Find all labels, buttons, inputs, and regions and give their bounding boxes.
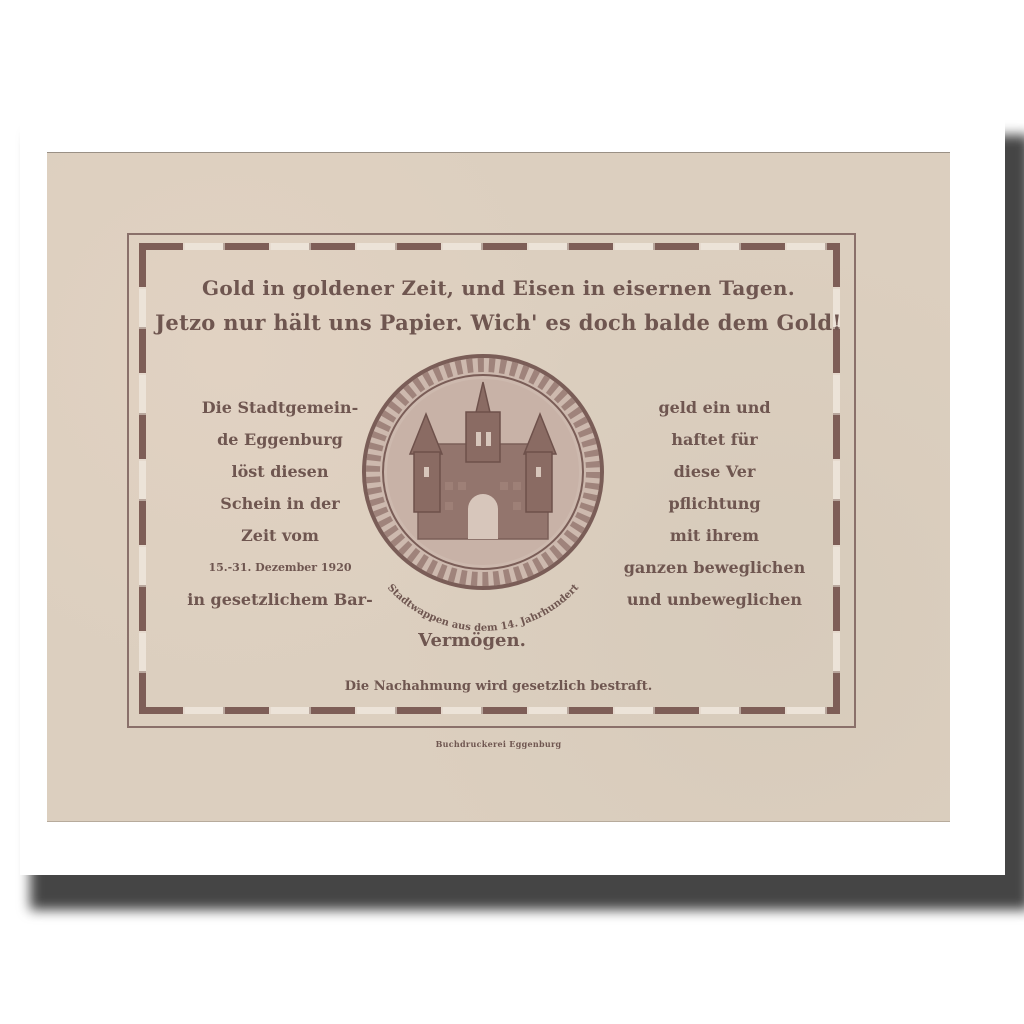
frame-border-top xyxy=(139,243,840,250)
svg-text:Stadtwappen aus dem 14. Jahrhu: Stadtwappen aus dem 14. Jahrhundert xyxy=(385,582,581,632)
right-line: diese Ver xyxy=(602,456,827,488)
frame-border-bottom xyxy=(139,707,840,714)
motto-line-1: Gold in goldener Zeit, und Eisen in eise… xyxy=(47,276,950,300)
seal-caption-arc: Stadtwappen aus dem 14. Jahrhundert xyxy=(345,352,621,632)
closing-word: Vermögen. xyxy=(397,630,547,651)
right-line: pflichtung xyxy=(602,488,827,520)
printer-imprint: Buchdruckerei Eggenburg xyxy=(47,739,950,749)
right-text-column: geld ein und haftet für diese Ver pflich… xyxy=(602,392,827,616)
motto-line-2: Jetzo nur hält uns Papier. Wich' es doch… xyxy=(47,310,950,335)
right-line: ganzen beweglichen xyxy=(602,552,827,584)
banknote: Gold in goldener Zeit, und Eisen in eise… xyxy=(47,152,950,822)
counterfeit-warning: Die Nachahmung wird gesetzlich bestraft. xyxy=(47,679,950,694)
right-line: und unbeweglichen xyxy=(602,584,827,616)
right-line: haftet für xyxy=(602,424,827,456)
right-line: geld ein und xyxy=(602,392,827,424)
right-line: mit ihrem xyxy=(602,520,827,552)
